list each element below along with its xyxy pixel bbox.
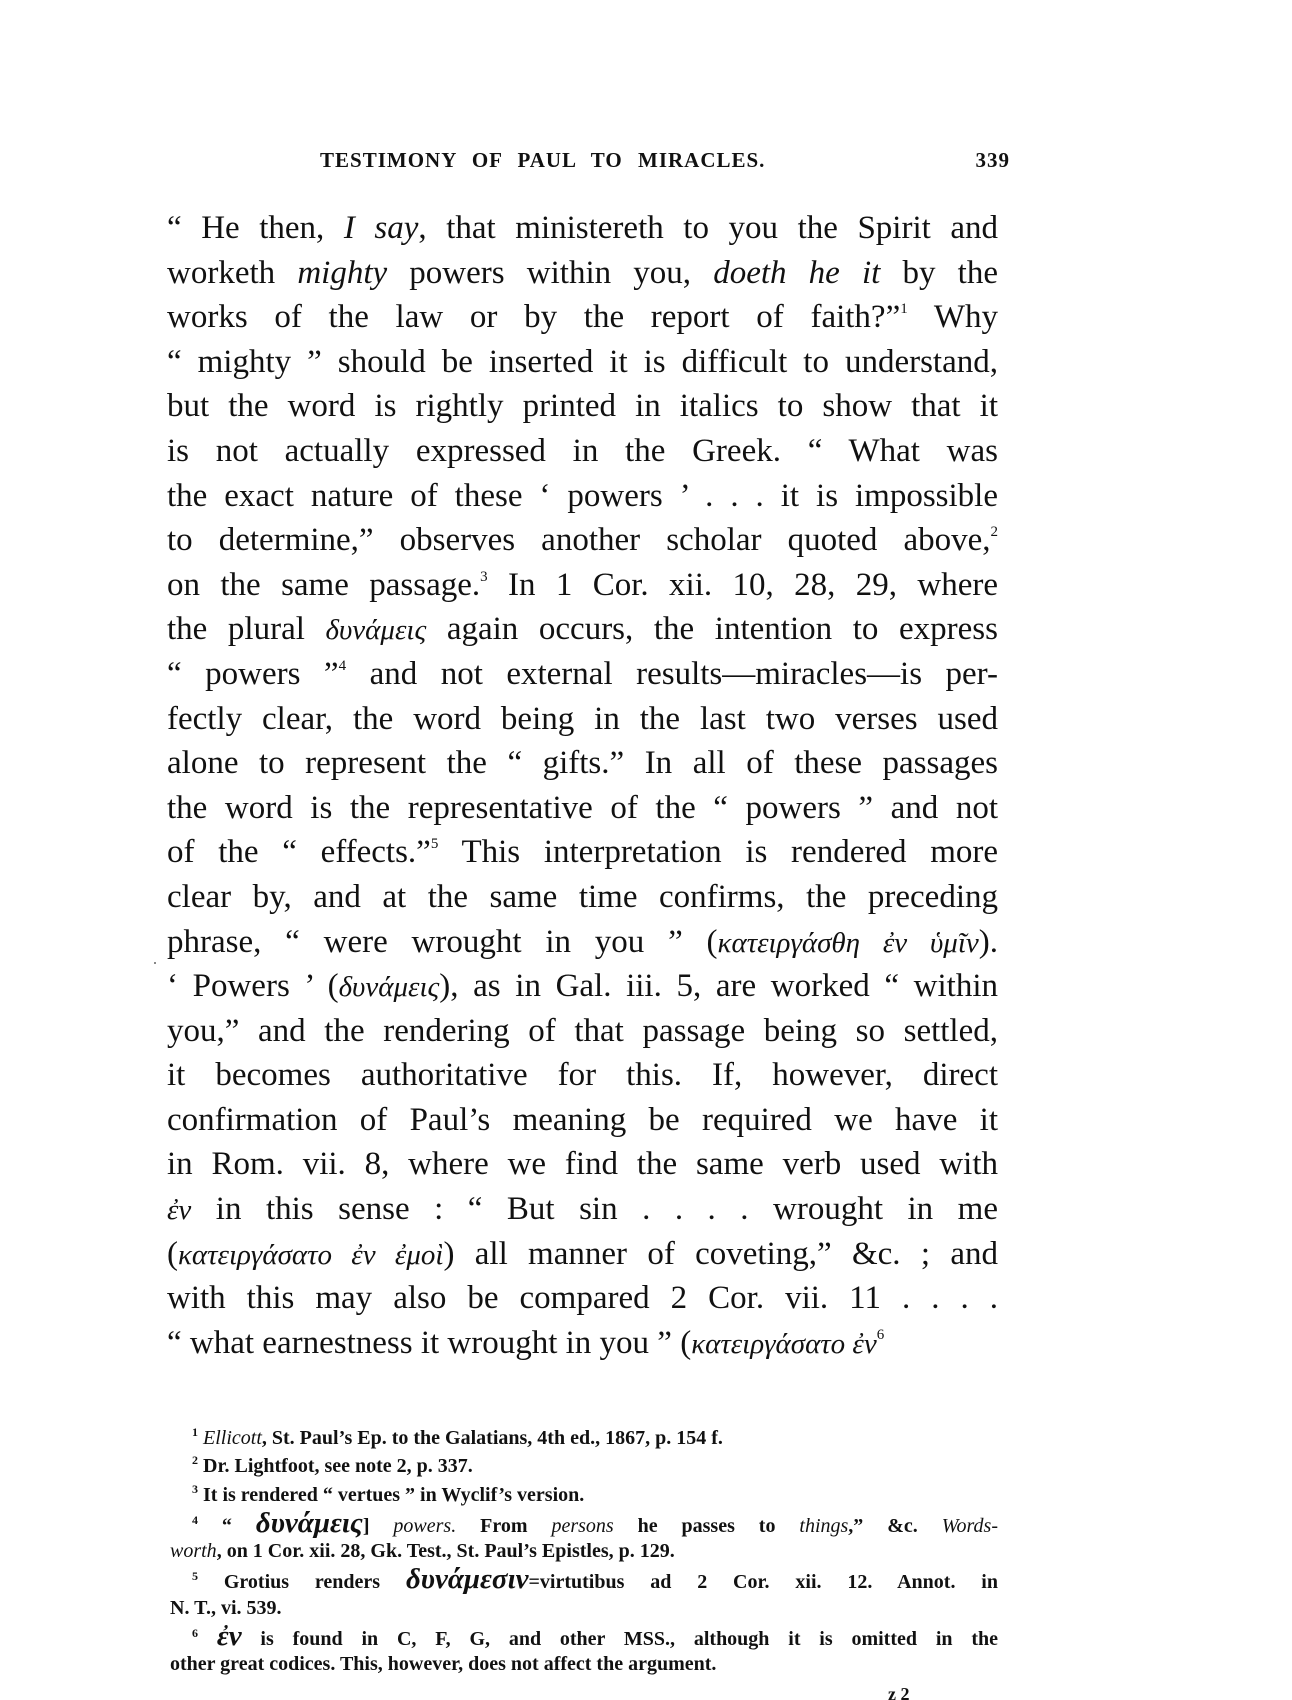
text-line: in Rom. vii. 8, where we find the same v… bbox=[167, 1142, 998, 1187]
text-run: clear by, and at the same time confirms,… bbox=[167, 879, 998, 915]
text-run: you,” and the rendering of that passage … bbox=[167, 1013, 998, 1049]
text-line: but the word is rightly printed in itali… bbox=[167, 384, 998, 429]
text-run: but the word is rightly printed in itali… bbox=[167, 388, 998, 424]
text-line: “ powers ”4 and not external results—mir… bbox=[167, 652, 998, 697]
running-header: TESTIMONY OF PAUL TO MIRACLES. 339 bbox=[320, 148, 1010, 188]
greek-text: δυνάμεις bbox=[256, 1507, 363, 1539]
text-line: confirmation of Paul’s meaning be requir… bbox=[167, 1098, 998, 1143]
running-title: TESTIMONY OF PAUL TO MIRACLES. bbox=[320, 148, 765, 173]
italic-text: Words- bbox=[942, 1515, 998, 1537]
footnote-line: 6 ἐν is found in C, F, G, and other MSS.… bbox=[170, 1622, 998, 1650]
text-run: , that ministereth to you the Spirit and bbox=[418, 210, 998, 246]
text-run: “ bbox=[198, 1515, 256, 1537]
text-run: This interpretation is rendered more bbox=[438, 834, 998, 870]
text-run: “ what earnestness it wrought in you ” ( bbox=[167, 1325, 691, 1361]
text-line: of the “ effects.”5 This interpretation … bbox=[167, 830, 998, 875]
page-number: 339 bbox=[976, 148, 1011, 173]
text-run: Why bbox=[908, 299, 998, 335]
italic-text: mighty bbox=[297, 255, 387, 291]
footnote-line: N. T., vi. 539. bbox=[170, 1594, 998, 1622]
text-run: the word is the representative of the “ … bbox=[167, 790, 998, 826]
text-run: phrase, “ were wrought in you ” ( bbox=[167, 924, 718, 960]
text-run: and not external results—miracles—is per… bbox=[346, 656, 998, 692]
text-line: worketh mighty powers within you, doeth … bbox=[167, 251, 998, 296]
greek-text: κατειργάσατο ἐν ἐμοὶ bbox=[178, 1239, 443, 1271]
text-run: , St. Paul’s Ep. to the Galatians, 4th e… bbox=[262, 1427, 723, 1449]
text-line: ἐν in this sense : “ But sin . . . . wro… bbox=[167, 1187, 998, 1232]
text-run: ‘ Powers ’ ( bbox=[167, 968, 339, 1004]
greek-text: δυνάμεσιν bbox=[406, 1563, 529, 1595]
text-run: is found in C, F, G, and other MSS., alt… bbox=[242, 1628, 998, 1650]
margin-speck bbox=[154, 962, 156, 964]
text-line: (κατειργάσατο ἐν ἐμοὶ) all manner of cov… bbox=[167, 1232, 998, 1277]
text-run: ) all manner of coveting,” &c. ; and bbox=[443, 1236, 998, 1272]
text-run: other great codices. This, however, does… bbox=[170, 1653, 716, 1675]
text-run: “ He then, bbox=[167, 210, 344, 246]
text-run: on the same passage. bbox=[167, 567, 480, 603]
text-line: is not actually expressed in the Greek. … bbox=[167, 429, 998, 474]
text-line: fectly clear, the word being in the last… bbox=[167, 697, 998, 742]
text-run: of the “ effects.” bbox=[167, 834, 431, 870]
text-line: on the same passage.3 In 1 Cor. xii. 10,… bbox=[167, 563, 998, 608]
text-line: with this may also be compared 2 Cor. vi… bbox=[167, 1276, 998, 1321]
text-line: the exact nature of these ‘ powers ’ . .… bbox=[167, 474, 998, 519]
text-run: “ powers ” bbox=[167, 656, 339, 692]
italic-text: Ellicott bbox=[203, 1427, 262, 1449]
text-run: fectly clear, the word being in the last… bbox=[167, 701, 998, 737]
greek-text: δυνάμεις bbox=[326, 614, 427, 646]
text-run: the exact nature of these ‘ powers ’ . .… bbox=[167, 478, 998, 514]
text-run: ). bbox=[979, 924, 998, 960]
text-line: “ what earnestness it wrought in you ” (… bbox=[167, 1321, 998, 1366]
text-run: worketh bbox=[167, 255, 297, 291]
text-run: is not actually expressed in the Greek. … bbox=[167, 433, 998, 469]
text-run: in Rom. vii. 8, where we find the same v… bbox=[167, 1146, 998, 1182]
greek-text: ἐν bbox=[217, 1620, 242, 1652]
greek-text: κατειργάσατο ἐν bbox=[691, 1328, 877, 1360]
text-line: you,” and the rendering of that passage … bbox=[167, 1009, 998, 1054]
greek-text: δυνάμεις bbox=[339, 971, 440, 1003]
italic-text: doeth he it bbox=[713, 255, 880, 291]
italic-text: things bbox=[799, 1515, 848, 1537]
text-run: again occurs, the intention to express bbox=[426, 611, 998, 647]
text-run: powers within you, bbox=[387, 255, 713, 291]
greek-text: ἐν bbox=[167, 1194, 191, 1226]
text-line: to determine,” observes another scholar … bbox=[167, 518, 998, 563]
text-run: =virtutibus ad 2 Cor. xii. 12. Annot. in bbox=[529, 1571, 999, 1593]
text-run: by the bbox=[880, 255, 998, 291]
text-line: alone to represent the “ gifts.” In all … bbox=[167, 741, 998, 786]
text-run: confirmation of Paul’s meaning be requir… bbox=[167, 1102, 998, 1138]
italic-text: I say bbox=[344, 210, 419, 246]
text-run: From bbox=[456, 1515, 551, 1537]
text-run: Grotius renders bbox=[198, 1571, 406, 1593]
text-run: ), as in Gal. iii. 5, are worked “ withi… bbox=[439, 968, 998, 1004]
text-run: with this may also be compared 2 Cor. vi… bbox=[167, 1280, 998, 1316]
footnote-line: 1 Ellicott, St. Paul’s Ep. to the Galati… bbox=[170, 1424, 998, 1452]
footnote-ref: 2 bbox=[991, 524, 999, 540]
footnote-ref: 1 bbox=[900, 301, 908, 317]
text-line: the word is the representative of the “ … bbox=[167, 786, 998, 831]
text-run: he passes to bbox=[614, 1515, 800, 1537]
text-line: works of the law or by the report of fai… bbox=[167, 295, 998, 340]
text-run: ,” &c. bbox=[848, 1515, 941, 1537]
text-line: it becomes authoritative for this. If, h… bbox=[167, 1053, 998, 1098]
text-run: In 1 Cor. xii. 10, 28, 29, where bbox=[488, 567, 998, 603]
text-run: “ mighty ” should be inserted it is diff… bbox=[167, 344, 998, 380]
footnote-line: 4 “ δυνάμεις] powers. From persons he pa… bbox=[170, 1509, 998, 1537]
footnote-line: worth, on 1 Cor. xii. 28, Gk. Test., St.… bbox=[170, 1537, 998, 1565]
footnote-ref: 3 bbox=[480, 569, 488, 585]
text-run: works of the law or by the report of fai… bbox=[167, 299, 900, 335]
footnote-ref: 4 bbox=[339, 658, 347, 674]
text-run: N. T., vi. 539. bbox=[170, 1597, 282, 1619]
text-line: clear by, and at the same time confirms,… bbox=[167, 875, 998, 920]
text-run: alone to represent the “ gifts.” In all … bbox=[167, 745, 998, 781]
text-line: the plural δυνάμεις again occurs, the in… bbox=[167, 607, 998, 652]
footnote-line: 3 It is rendered “ vertues ” in Wyclif’s… bbox=[170, 1481, 998, 1509]
text-run bbox=[198, 1628, 217, 1650]
footnote-ref: 6 bbox=[877, 1327, 885, 1343]
italic-text: worth bbox=[170, 1540, 217, 1562]
text-run: It is rendered “ vertues ” in Wyclif’s v… bbox=[198, 1484, 584, 1506]
text-run: the plural bbox=[167, 611, 326, 647]
italic-text: powers. bbox=[393, 1515, 456, 1537]
footnote-line: other great codices. This, however, does… bbox=[170, 1650, 998, 1678]
text-run: ( bbox=[167, 1236, 178, 1272]
footnotes: 1 Ellicott, St. Paul’s Ep. to the Galati… bbox=[170, 1424, 998, 1679]
text-run: it becomes authoritative for this. If, h… bbox=[167, 1057, 998, 1093]
greek-text: κατειργάσθη ἐν ὑμῖν bbox=[718, 927, 979, 959]
text-line: “ He then, I say, that ministereth to yo… bbox=[167, 206, 998, 251]
book-page: TESTIMONY OF PAUL TO MIRACLES. 339 “ He … bbox=[0, 0, 1292, 1700]
main-text: “ He then, I say, that ministereth to yo… bbox=[167, 206, 998, 1365]
text-run: to determine,” observes another scholar … bbox=[167, 522, 991, 558]
italic-text: persons bbox=[551, 1515, 613, 1537]
text-line: ‘ Powers ’ (δυνάμεις), as in Gal. iii. 5… bbox=[167, 964, 998, 1009]
text-line: “ mighty ” should be inserted it is diff… bbox=[167, 340, 998, 385]
footnote-line: 5 Grotius renders δυνάμεσιν=virtutibus a… bbox=[170, 1565, 998, 1593]
text-run: ] bbox=[363, 1515, 394, 1537]
footnote-line: 2 Dr. Lightfoot, see note 2, p. 337. bbox=[170, 1452, 998, 1480]
text-line: phrase, “ were wrought in you ” (κατειργ… bbox=[167, 920, 998, 965]
text-run: , on 1 Cor. xii. 28, Gk. Test., St. Paul… bbox=[217, 1540, 675, 1562]
text-run: Dr. Lightfoot, see note 2, p. 337. bbox=[198, 1455, 473, 1477]
text-run: in this sense : “ But sin . . . . wrough… bbox=[191, 1191, 998, 1227]
signature-mark: z 2 bbox=[888, 1684, 910, 1700]
